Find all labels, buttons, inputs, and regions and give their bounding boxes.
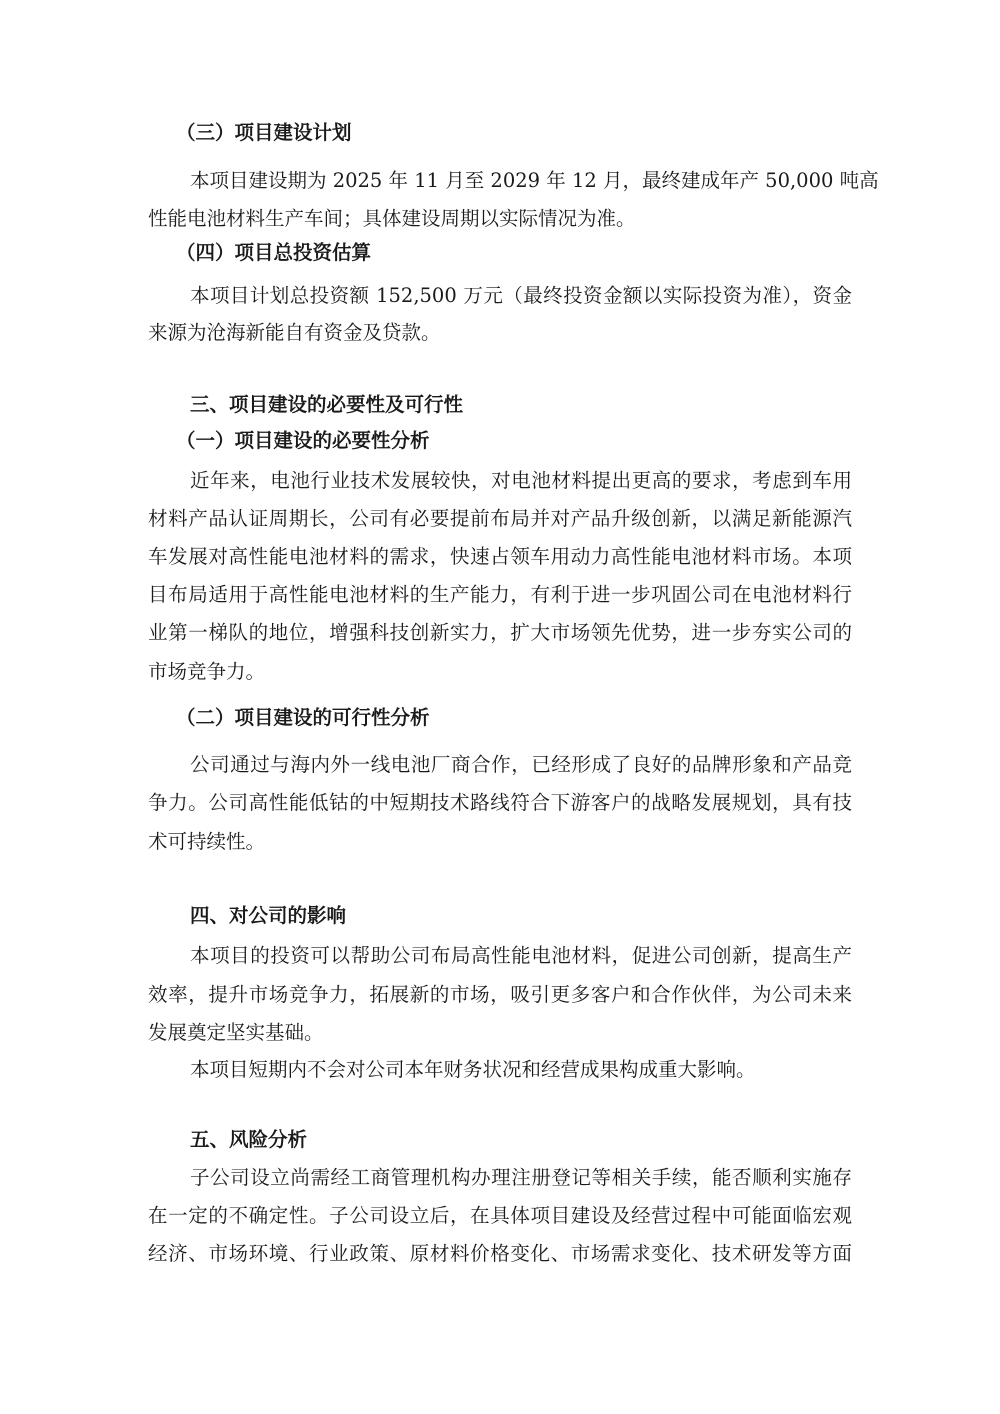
heading-investment-estimate: （四）项目总投资估算 <box>176 240 371 266</box>
heading-risk: 五、风险分析 <box>190 1127 307 1153</box>
paragraph-line: 本项目短期内不会对公司本年财务状况和经营成果构成重大影响。 <box>190 1057 852 1083</box>
heading-impact: 四、对公司的影响 <box>190 903 346 929</box>
paragraph-line: 争力。公司高性能低钴的中短期技术路线符合下游客户的战略发展规划，具有技 <box>148 790 852 816</box>
paragraph-line: 经济、市场环境、行业政策、原材料价格变化、市场需求变化、技术研发等方面 <box>148 1241 852 1267</box>
heading-construction-plan: （三）项目建设计划 <box>176 120 352 146</box>
paragraph-line: 术可持续性。 <box>148 829 852 855</box>
paragraph-line: 业第一梯队的地位，增强科技创新实力，扩大市场领先优势，进一步夯实公司的 <box>148 620 852 646</box>
paragraph-line: 性能电池材料生产车间；具体建设周期以实际情况为准。 <box>148 206 852 232</box>
heading-feasibility-analysis: （二）项目建设的可行性分析 <box>176 705 430 731</box>
paragraph-line: 来源为沧海新能自有资金及贷款。 <box>148 320 852 346</box>
paragraph-line: 效率，提升市场竞争力，拓展新的市场，吸引更多客户和合作伙伴，为公司未来 <box>148 982 852 1008</box>
heading-necessity-feasibility: 三、项目建设的必要性及可行性 <box>190 392 463 418</box>
heading-necessity-analysis: （一）项目建设的必要性分析 <box>176 428 430 454</box>
paragraph-line: 近年来，电池行业技术发展较快，对电池材料提出更高的要求，考虑到车用 <box>190 468 852 494</box>
paragraph-line: 本项目建设期为 2025 年 11 月至 2029 年 12 月，最终建成年产 … <box>190 168 852 194</box>
paragraph-line: 车发展对高性能电池材料的需求，快速占领车用动力高性能电池材料市场。本项 <box>148 544 852 570</box>
document-page: （三）项目建设计划 本项目建设期为 2025 年 11 月至 2029 年 12… <box>0 0 1000 1414</box>
paragraph-line: 公司通过与海内外一线电池厂商合作，已经形成了良好的品牌形象和产品竞 <box>190 752 852 778</box>
paragraph-line: 材料产品认证周期长，公司有必要提前布局并对产品升级创新，以满足新能源汽 <box>148 506 852 532</box>
paragraph-line: 子公司设立尚需经工商管理机构办理注册登记等相关手续，能否顺利实施存 <box>190 1165 852 1191</box>
paragraph-line: 发展奠定坚实基础。 <box>148 1020 852 1046</box>
paragraph-line: 市场竞争力。 <box>148 659 852 685</box>
paragraph-line: 目布局适用于高性能电池材料的生产能力，有利于进一步巩固公司在电池材料行 <box>148 582 852 608</box>
paragraph-line: 在一定的不确定性。子公司设立后，在具体项目建设及经营过程中可能面临宏观 <box>148 1203 852 1229</box>
paragraph-line: 本项目的投资可以帮助公司布局高性能电池材料，促进公司创新，提高生产 <box>190 943 852 969</box>
paragraph-line: 本项目计划总投资额 152,500 万元（最终投资金额以实际投资为准），资金 <box>190 283 852 309</box>
